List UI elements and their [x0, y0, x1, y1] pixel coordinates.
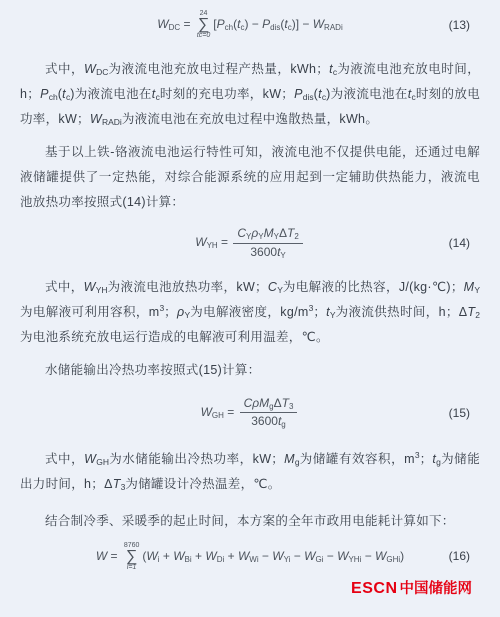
paragraph-battery-thermal-intro: 基于以上铁-铬液流电池运行特性可知，液流电池不仅提供电能，还通过电解液储罐提供了…: [20, 140, 480, 215]
equation-16-number: (16): [449, 549, 470, 563]
paragraph-eq13-variables: 式中，WDC为液流电池充放电过程产热量，kWh；tc为液流电池充放电时间，h；P…: [20, 57, 480, 132]
equation-16: W = 8760∑i=1(Wi + WBi + WDi + WWi − WYi …: [20, 542, 480, 571]
article-body: WDC = 24∑tc=0[Pch(tc) − Pdis(tc)] − WRAD…: [0, 0, 500, 599]
escn-logo: ESCN中国储能网: [351, 577, 472, 598]
escn-logo-cn-text: 中国储能网: [400, 581, 473, 597]
paragraph-eq15-variables: 式中，WGH为水储能输出冷热功率，kW；Mg为储罐有效容积，m3；tg为储能出力…: [20, 447, 480, 497]
equation-15-number: (15): [449, 406, 470, 420]
escn-logo-en-text: ESCN: [351, 580, 397, 597]
equation-13-math: WDC = 24∑tc=0[Pch(tc) − Pdis(tc)] − WRAD…: [157, 10, 342, 39]
equation-14-math: WYH = CYρYMYΔT23600tY: [195, 225, 305, 261]
paragraph-annual-energy-intro: 结合制冷季、采暖季的起止时间，本方案的全年市政用电能耗计算如下：: [20, 509, 480, 534]
equation-14: WYH = CYρYMYΔT23600tY (14): [20, 225, 480, 261]
paragraph-eq14-variables: 式中，WYH为液流电池放热功率，kW；CY为电解液的比热容，J/(kg·℃)；M…: [20, 275, 480, 350]
equation-16-math: W = 8760∑i=1(Wi + WBi + WDi + WWi − WYi …: [96, 542, 404, 571]
paragraph-water-storage-intro: 水储能输出冷热功率按照式(15)计算：: [20, 358, 480, 383]
footer: ESCN中国储能网: [20, 575, 480, 599]
equation-13-number: (13): [449, 18, 470, 32]
equation-13: WDC = 24∑tc=0[Pch(tc) − Pdis(tc)] − WRAD…: [20, 10, 480, 39]
equation-15-math: WGH = CρMgΔT33600tg: [201, 395, 300, 431]
equation-15: WGH = CρMgΔT33600tg (15): [20, 395, 480, 431]
equation-14-number: (14): [449, 236, 470, 250]
